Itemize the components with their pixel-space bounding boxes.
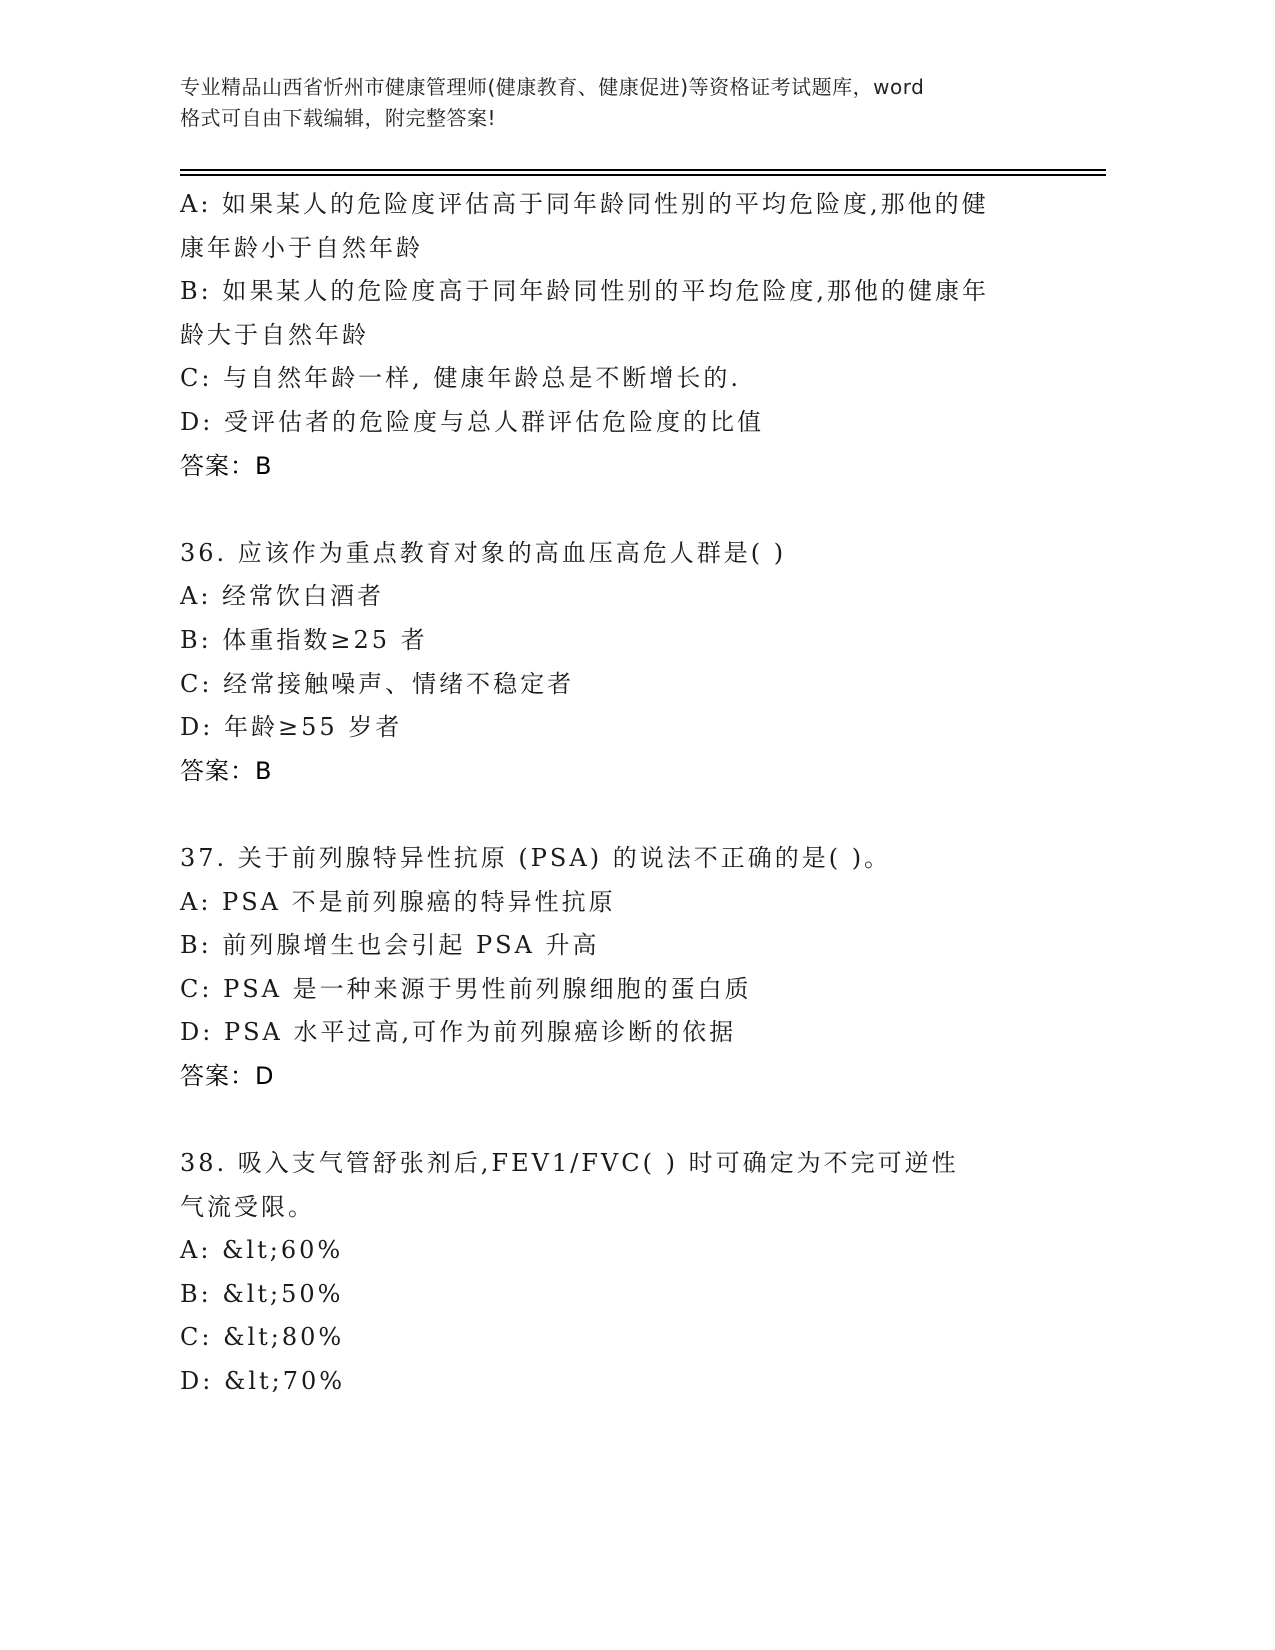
answer-label: 答案：B [180,750,1080,794]
question-38: 38. 吸入支气管舒张剂后,FEV1/FVC( ) 时可确定为不完可逆性 气流受… [180,1142,1080,1404]
option-d: D: PSA 水平过高,可作为前列腺癌诊断的依据 [180,1011,1080,1055]
question-stem: 36. 应该作为重点教育对象的高血压高危人群是( ) [180,532,1080,576]
option-b: B: 体重指数≥25 者 [180,619,1080,663]
question-35-continued: A: 如果某人的危险度评估高于同年龄同性别的平均危险度,那他的健 康年龄小于自然… [180,183,1080,488]
header-line-1: 专业精品山西省忻州市健康管理师(健康教育、健康促进)等资格证考试题库，word [180,72,1060,103]
option-c: C: 与自然年龄一样, 健康年龄总是不断增长的. [180,357,1080,401]
option-c: C: &lt;80% [180,1316,1080,1360]
header-rule-bottom [180,174,1106,176]
answer-label: 答案：D [180,1055,1080,1099]
option-a-line-1: A: 如果某人的危险度评估高于同年龄同性别的平均危险度,那他的健 [180,183,1080,227]
spacer [180,488,1080,532]
option-c: C: 经常接触噪声、情绪不稳定者 [180,663,1080,707]
question-stem: 37. 关于前列腺特异性抗原 (PSA) 的说法不正确的是( )。 [180,837,1080,881]
spacer [180,793,1080,837]
question-stem-line-2: 气流受限。 [180,1186,1080,1230]
option-a: A: &lt;60% [180,1229,1080,1273]
option-b-line-1: B: 如果某人的危险度高于同年龄同性别的平均危险度,那他的健康年 [180,270,1080,314]
option-d: D: 受评估者的危险度与总人群评估危险度的比值 [180,401,1080,445]
spacer [180,1098,1080,1142]
option-d: D: 年龄≥55 岁者 [180,706,1080,750]
question-37: 37. 关于前列腺特异性抗原 (PSA) 的说法不正确的是( )。 A: PSA… [180,837,1080,1099]
option-b: B: 前列腺增生也会引起 PSA 升高 [180,924,1080,968]
header-rule-top [180,169,1106,171]
option-b-line-2: 龄大于自然年龄 [180,314,1080,358]
question-36: 36. 应该作为重点教育对象的高血压高危人群是( ) A: 经常饮白酒者 B: … [180,532,1080,794]
document-header: 专业精品山西省忻州市健康管理师(健康教育、健康促进)等资格证考试题库，word … [180,72,1060,134]
document-body: A: 如果某人的危险度评估高于同年龄同性别的平均危险度,那他的健 康年龄小于自然… [180,183,1080,1404]
option-c: C: PSA 是一种来源于男性前列腺细胞的蛋白质 [180,968,1080,1012]
option-d: D: &lt;70% [180,1360,1080,1404]
option-a: A: PSA 不是前列腺癌的特异性抗原 [180,881,1080,925]
option-a: A: 经常饮白酒者 [180,575,1080,619]
question-stem-line-1: 38. 吸入支气管舒张剂后,FEV1/FVC( ) 时可确定为不完可逆性 [180,1142,1080,1186]
option-a-line-2: 康年龄小于自然年龄 [180,227,1080,271]
option-b: B: &lt;50% [180,1273,1080,1317]
header-line-2: 格式可自由下载编辑，附完整答案! [180,103,1060,134]
document-page: 专业精品山西省忻州市健康管理师(健康教育、健康促进)等资格证考试题库，word … [0,0,1275,1650]
answer-label: 答案：B [180,445,1080,489]
